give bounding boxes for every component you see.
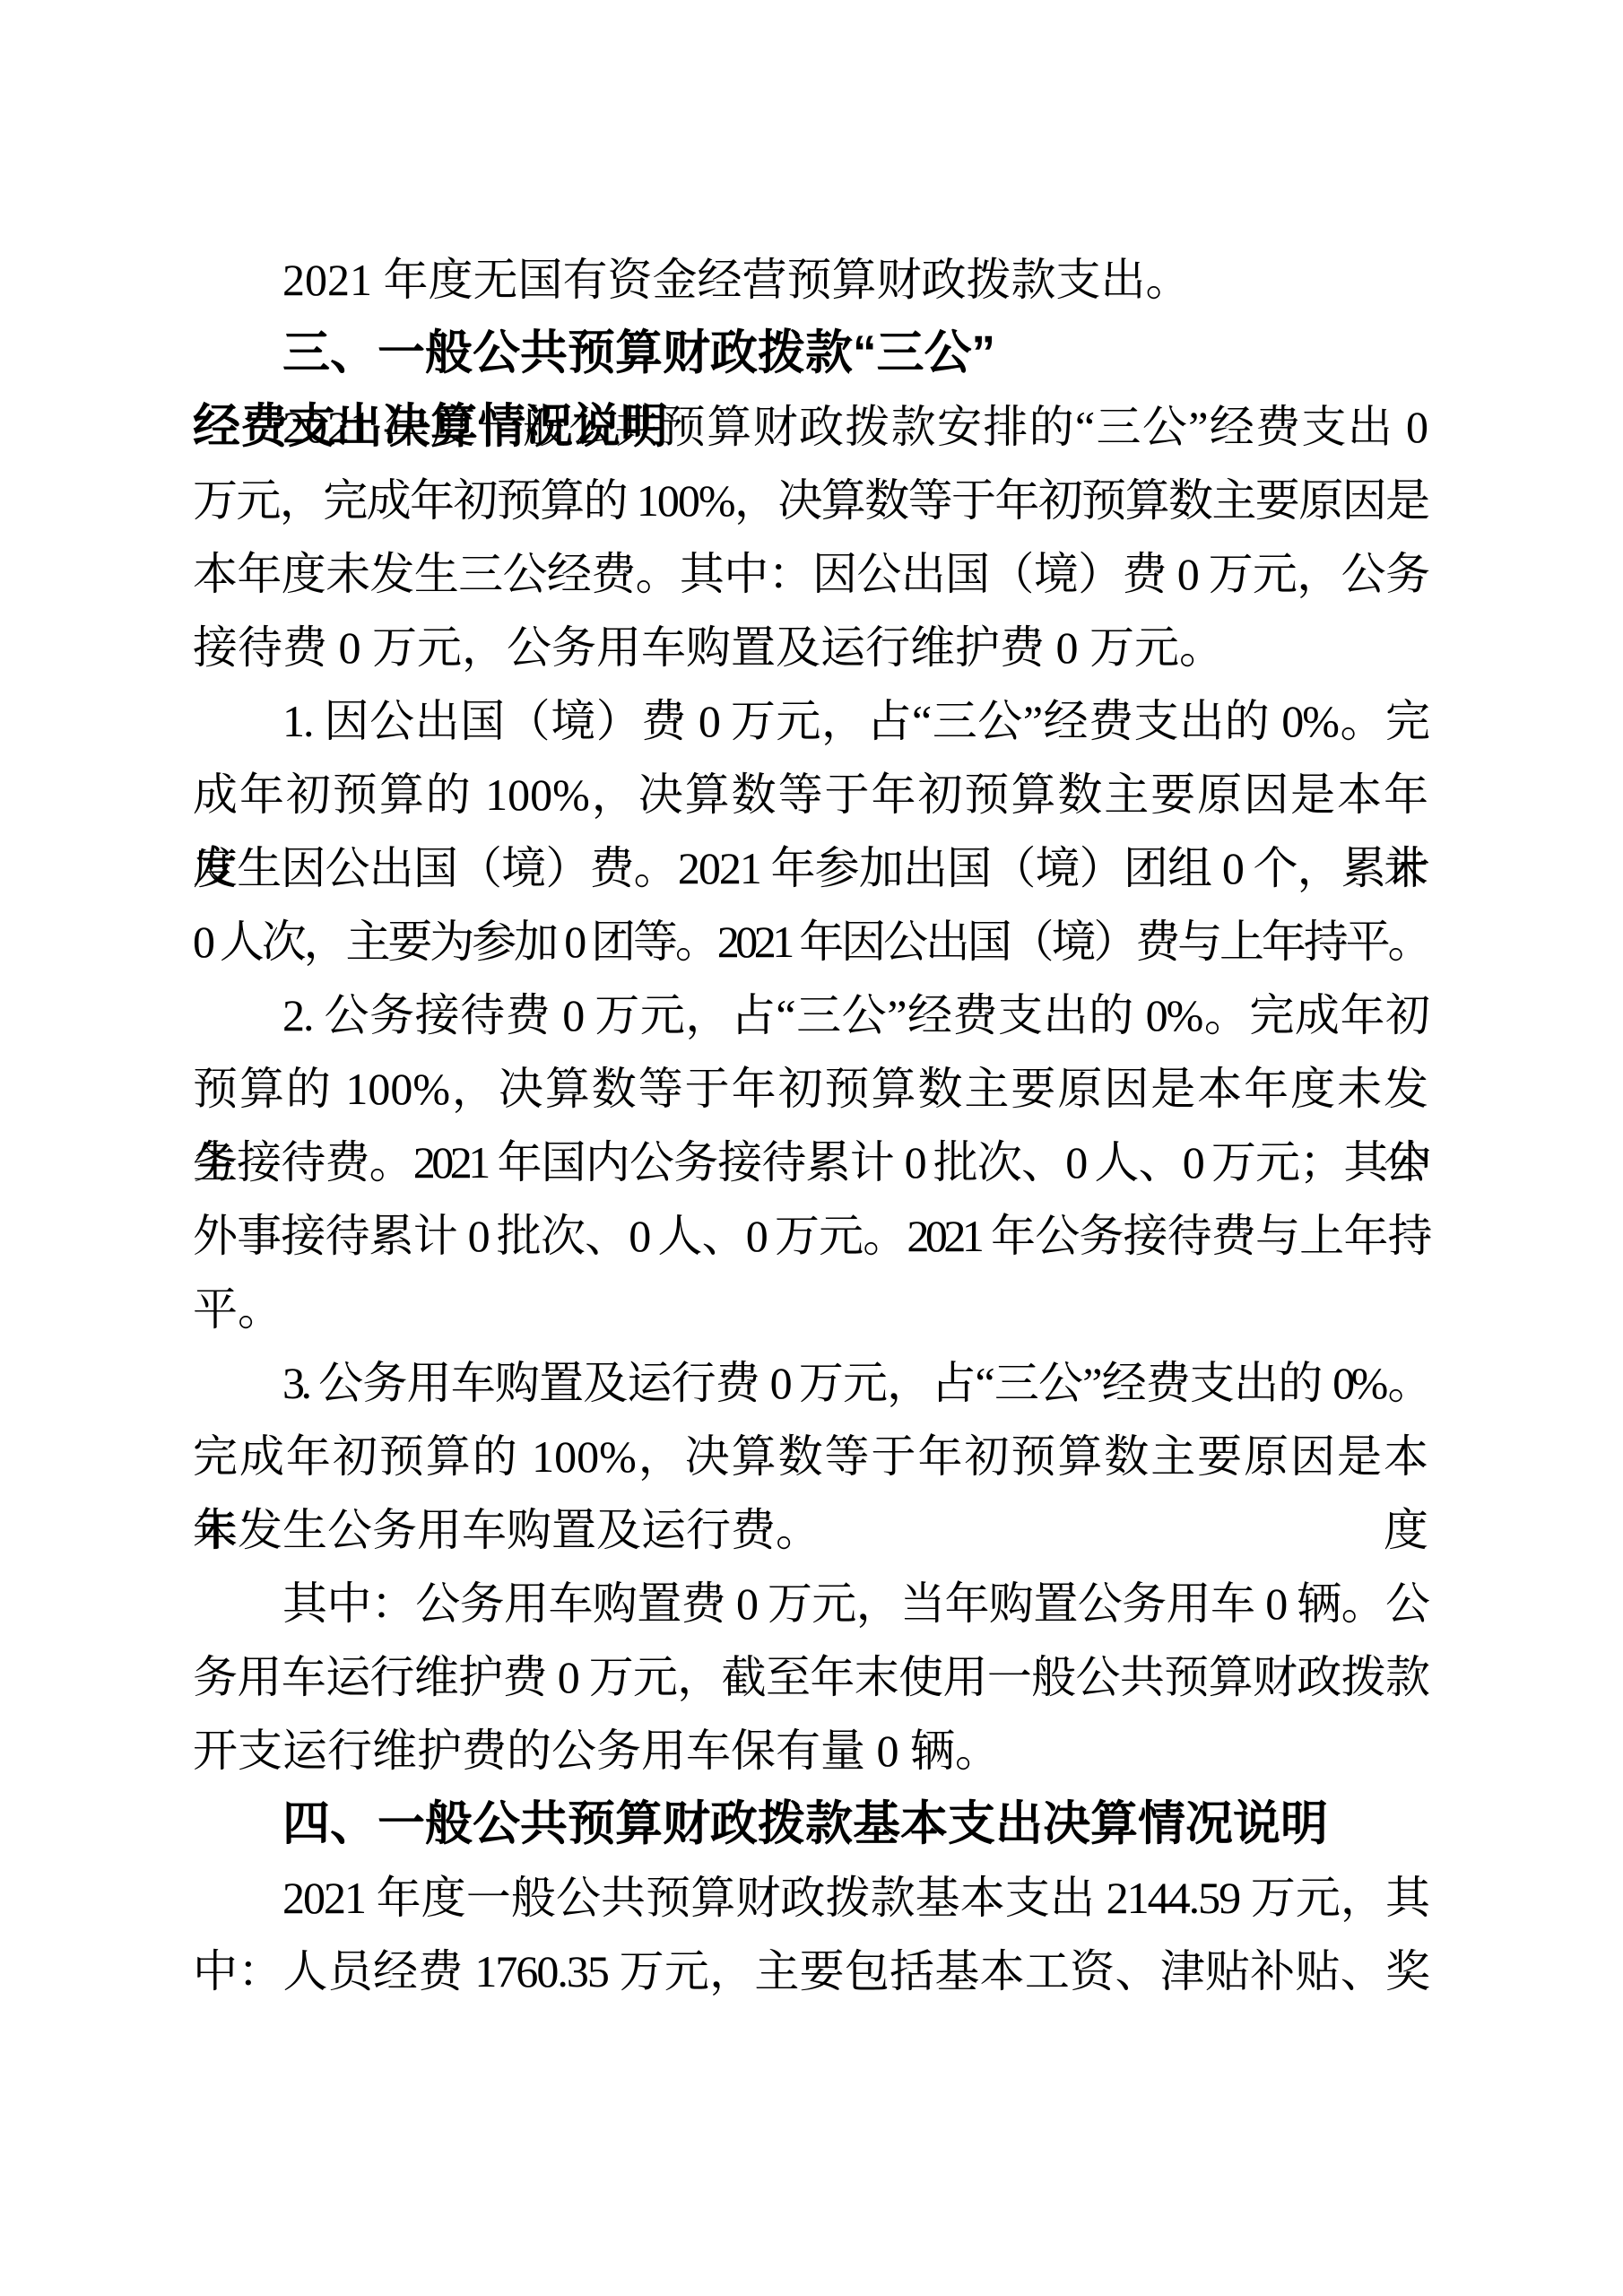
doc-line-10: 0 人次，主要为参加 0 团等。2021 年因公出国（境）费与上年持平。 — [193, 905, 1428, 978]
doc-line-11: 2. 公务接待费 0 万元，占“三公”经费支出的 0%。完成年初 — [193, 978, 1428, 1052]
doc-line-21: 开支运行维护费的公务用车保有量 0 辆。 — [193, 1714, 1428, 1787]
doc-line-19: 其中：公务用车购置费 0 万元，当年购置公务用车 0 辆。公 — [193, 1567, 1428, 1640]
doc-line-9: 发生因公出国（境）费。2021 年参加出国（境）团组 0 个，累计 — [193, 831, 1428, 905]
doc-line-5: 本年度未发生三公经费。其中：因公出国（境）费 0 万元，公务 — [193, 537, 1428, 611]
doc-line-13: 务接待费。2021 年国内公务接待累计 0 批次、0 人、0 万元；其中 — [193, 1126, 1428, 1199]
doc-line-20: 务用车运行维护费 0 万元，截至年末使用一般公共预算财政拨款 — [193, 1640, 1428, 1714]
doc-line-12: 预算的 100%，决算数等于年初预算数主要原因是本年度未发生公 — [193, 1052, 1428, 1126]
document-text-block: 2021 年度无国有资金经营预算财政拨款支出。 三、一般公共预算财政拨款“三公”… — [193, 243, 1428, 2008]
section-heading-three-public-expenses: 三、一般公共预算财政拨款“三公”经费支出决算情况说明 — [193, 317, 1428, 390]
doc-line-4: 万元，完成年初预算的 100%，决算数等于年初预算数主要原因是 — [193, 464, 1428, 537]
doc-line-6: 接待费 0 万元，公务用车购置及运行维护费 0 万元。 — [193, 611, 1428, 684]
doc-line-24: 中：人员经费 1760.35 万元，主要包括基本工资、津贴补贴、奖 — [193, 1935, 1428, 2008]
doc-line-7: 1. 因公出国（境）费 0 万元，占“三公”经费支出的 0%。完 — [193, 684, 1428, 758]
doc-line-1: 2021 年度无国有资金经营预算财政拨款支出。 — [193, 243, 1428, 317]
document-page: 2021 年度无国有资金经营预算财政拨款支出。 三、一般公共预算财政拨款“三公”… — [0, 0, 1623, 2296]
doc-line-23: 2021 年度一般公共预算财政拨款基本支出 2144.59 万元，其 — [193, 1861, 1428, 1935]
section-heading-basic-expenditure: 四、一般公共预算财政拨款基本支出决算情况说明 — [193, 1787, 1428, 1861]
doc-line-14: 外事接待累计 0 批次、0 人、0 万元。2021 年公务接待费与上年持 — [193, 1199, 1428, 1273]
doc-line-3: 2021 年度一般公共预算财政拨款安排的“三公”经费支出 0 — [193, 390, 1428, 464]
doc-line-16: 3. 公务用车购置及运行费 0 万元，占“三公”经费支出的 0%。 — [193, 1346, 1428, 1420]
doc-line-8: 成年初预算的 100%，决算数等于年初预算数主要原因是本年度未 — [193, 758, 1428, 831]
doc-line-17: 完成年初预算的 100%，决算数等于年初预算数主要原因是本年度 — [193, 1420, 1428, 1493]
doc-line-15: 平。 — [193, 1273, 1428, 1346]
